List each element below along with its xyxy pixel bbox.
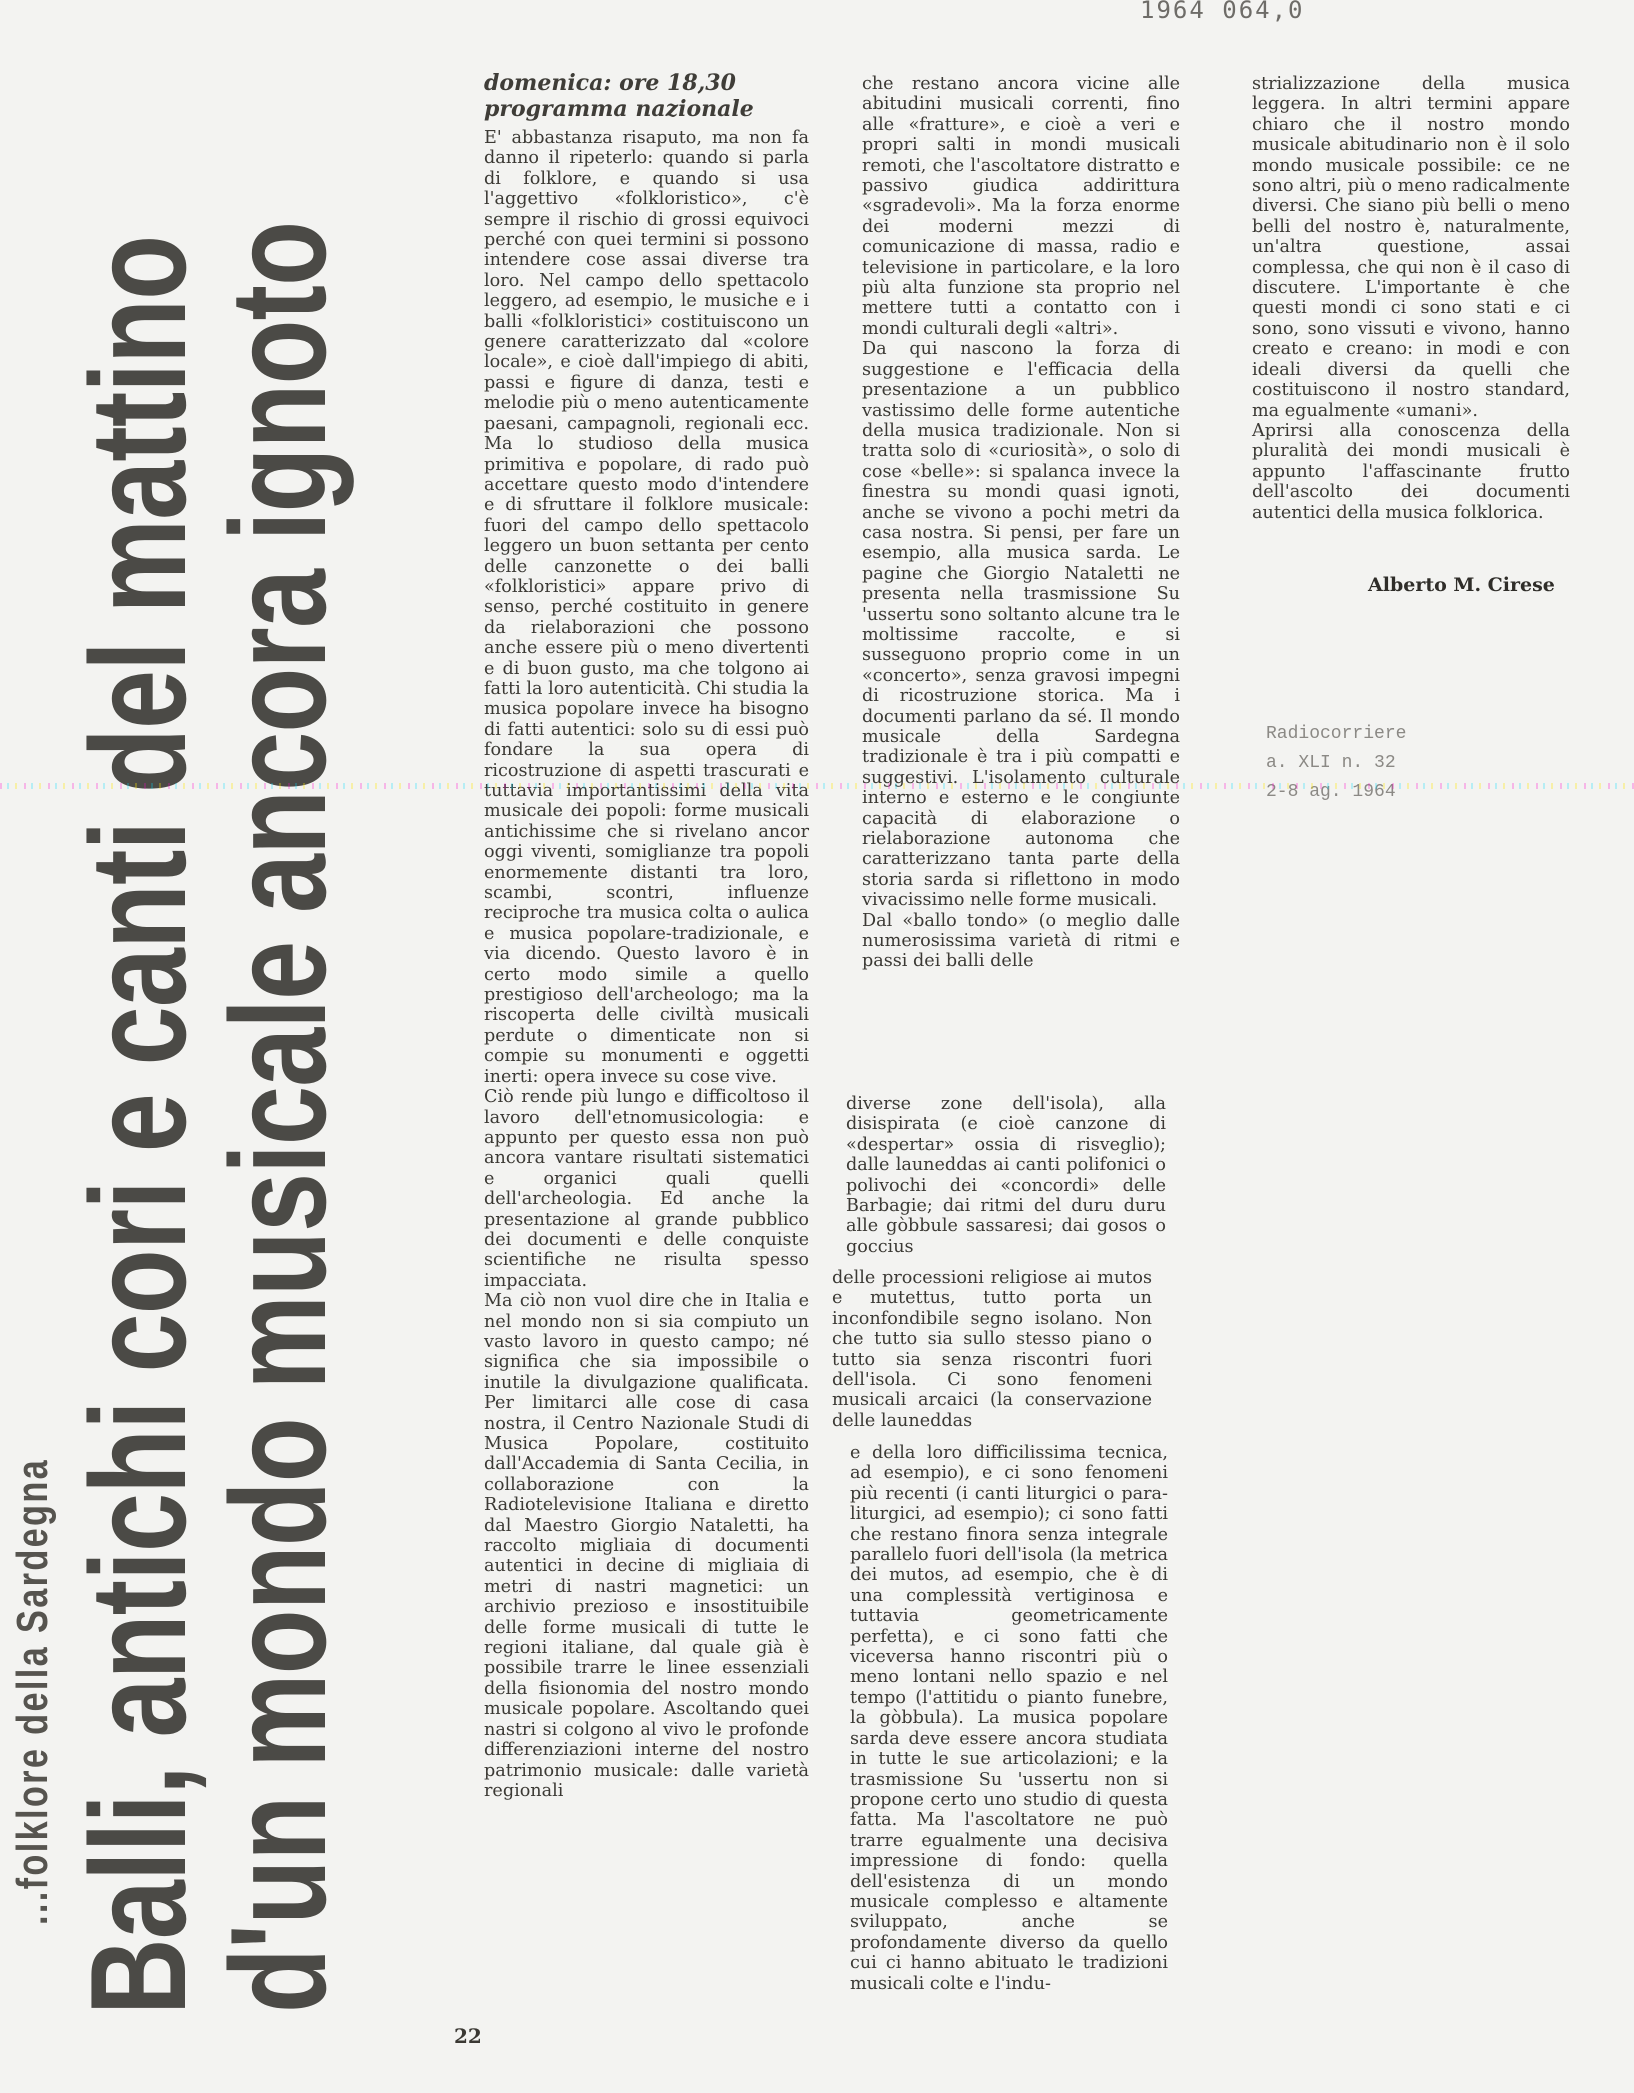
scan-artifact-line bbox=[0, 783, 1634, 789]
top-handwritten-annotation: 1964 064,0 bbox=[1140, 0, 1305, 24]
subhead-channel: programma nazionale bbox=[484, 96, 824, 122]
paragraph: Aprirsi alla conoscenza della pluralità … bbox=[1252, 421, 1570, 523]
paragraph: Ciò rende più lungo e difficoltoso il la… bbox=[484, 1087, 809, 1291]
newspaper-page: 1964 064,0 ...folklore della Sardegna Ba… bbox=[0, 0, 1634, 2093]
paragraph: delle processioni religiose ai mutos e m… bbox=[832, 1268, 1152, 1431]
article-column-2-mid: diverse zone dell'isola), alla disispira… bbox=[846, 1094, 1166, 1257]
paragraph: Dal «ballo tondo» (o meglio dalle numero… bbox=[862, 911, 1180, 972]
paragraph: che restano ancora vicine alle abitudini… bbox=[862, 74, 1180, 339]
stamp-issue: a. XLI n. 32 bbox=[1266, 749, 1406, 778]
paragraph: E' abbastanza risaputo, ma non fa danno … bbox=[484, 128, 809, 1087]
paragraph: diverse zone dell'isola), alla disispira… bbox=[846, 1094, 1166, 1257]
paragraph: Da qui nascono la forza di suggestione e… bbox=[862, 339, 1180, 910]
broadcast-subhead: domenica: ore 18,30 programma nazionale bbox=[484, 70, 824, 122]
paragraph: e della loro difficilissima tecnica, ad … bbox=[850, 1443, 1168, 1994]
headline-line-1: Balli, antichi cori e canti del mattino bbox=[70, 236, 206, 2015]
headline-line-2: d'un mondo musicale ancora ignoto bbox=[210, 222, 346, 2013]
article-column-1: E' abbastanza risaputo, ma non fa danno … bbox=[484, 128, 809, 1801]
article-column-3: strializzazione della musica leggera. In… bbox=[1252, 74, 1570, 523]
stamp-publication: Radiocorriere bbox=[1266, 720, 1406, 749]
subhead-time: domenica: ore 18,30 bbox=[484, 70, 824, 96]
paragraph: strializzazione della musica leggera. In… bbox=[1252, 74, 1570, 421]
page-number: 22 bbox=[454, 2024, 482, 2048]
headline-block: ...folklore della Sardegna Balli, antich… bbox=[0, 0, 440, 2093]
archive-stamp: Radiocorriere a. XLI n. 32 2-8 ag. 1964 bbox=[1266, 720, 1406, 807]
headline-kicker: ...folklore della Sardegna bbox=[8, 1458, 58, 1925]
article-column-2-low: delle processioni religiose ai mutos e m… bbox=[832, 1268, 1152, 1431]
author-byline: Alberto M. Cirese bbox=[1368, 574, 1555, 596]
paragraph: Ma ciò non vuol dire che in Italia e nel… bbox=[484, 1291, 809, 1801]
article-column-2-top: che restano ancora vicine alle abitudini… bbox=[862, 74, 1180, 972]
article-column-2-bottom: e della loro difficilissima tecnica, ad … bbox=[850, 1443, 1168, 1994]
